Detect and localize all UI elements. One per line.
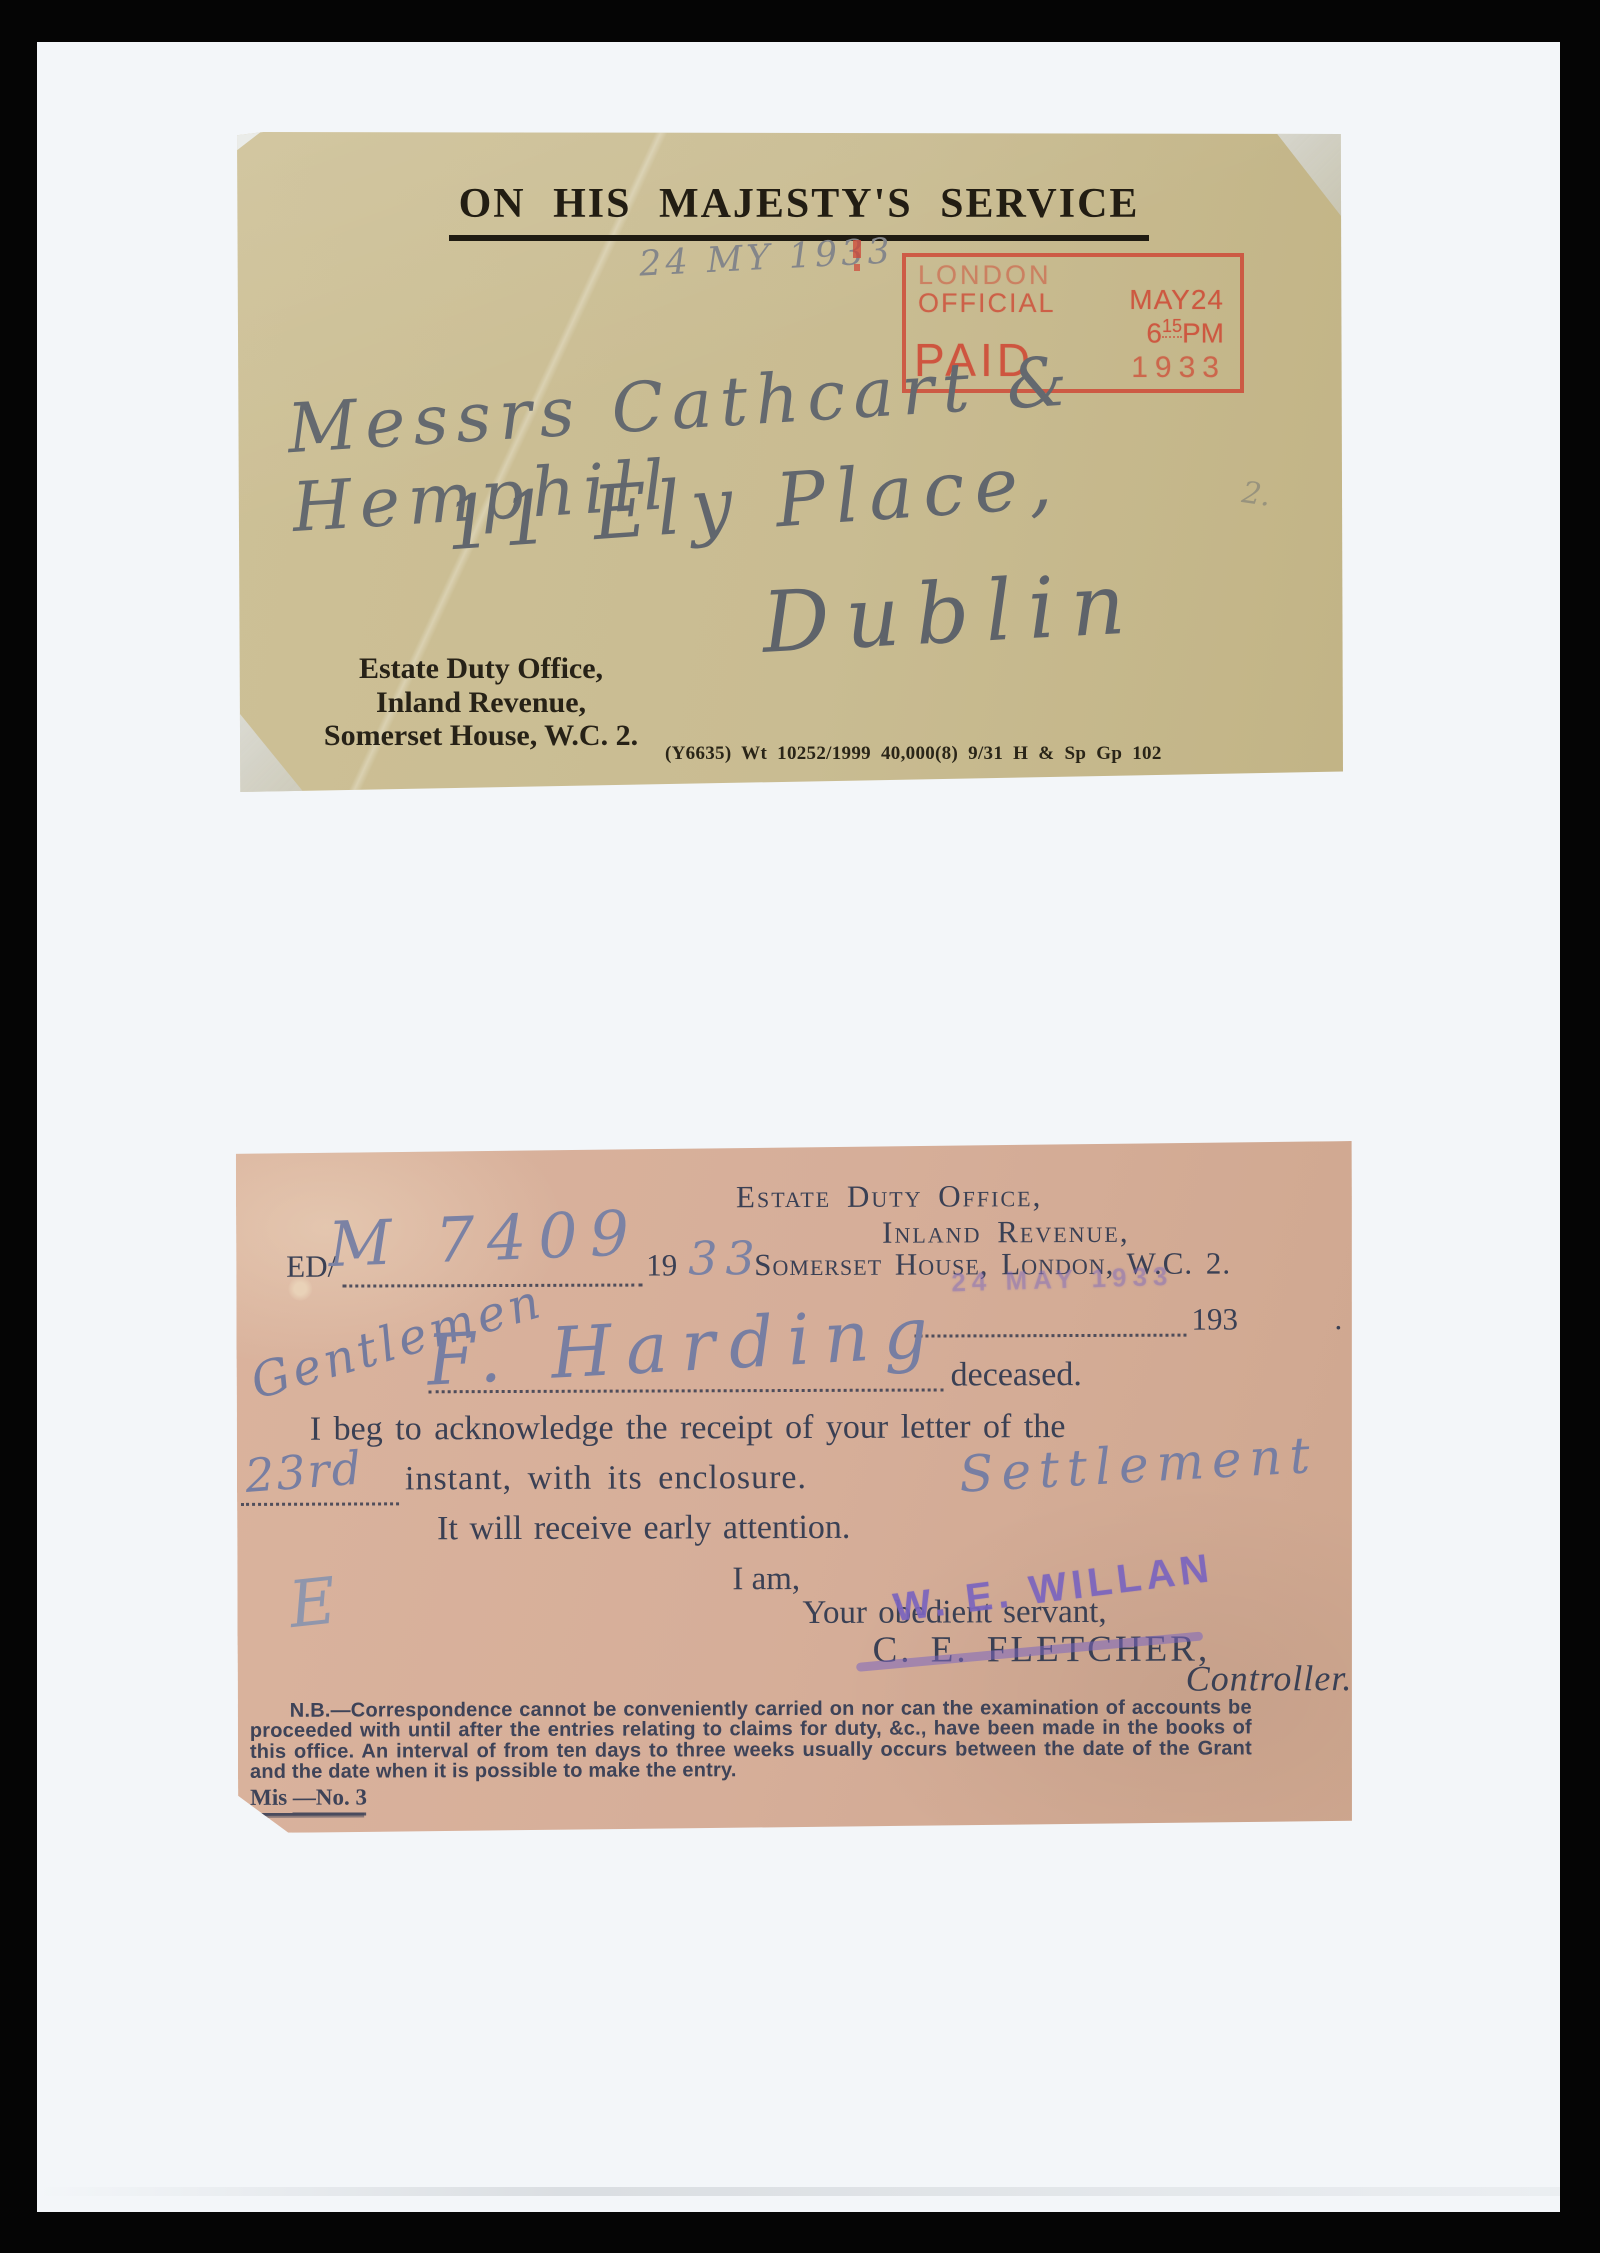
date-line-period: . (1334, 1301, 1342, 1337)
faint-date-stamp: 24 MAY 1933 (951, 1261, 1174, 1299)
signatory-title: Controller. (1186, 1657, 1353, 1700)
sender-office-line: Estate Duty Office, (285, 652, 677, 686)
card-year-prefix: 19 (646, 1247, 677, 1283)
clerk-initial-handwritten: E (286, 1564, 340, 1643)
acknowledge-line: I beg to acknowledge the receipt of your… (310, 1408, 1066, 1449)
scan-frame: ON HIS MAJESTY'S SERVICE 24 MY 1933 LOND… (0, 0, 1600, 2253)
envelope-header: ON HIS MAJESTY'S SERVICE (449, 180, 1149, 241)
receipt-card: Estate Duty Office, Inland Revenue, ED/ … (236, 1141, 1354, 1833)
sender-block: Estate Duty Office, Inland Revenue, Some… (285, 652, 677, 753)
printer-imprint-code: (Y6635) Wt 10252/1999 40,000(8) 9/31 H &… (665, 743, 1162, 765)
deceased-label: deceased. (951, 1356, 1082, 1394)
meter-town-label: LONDON (918, 260, 1052, 291)
day-dotted-line (241, 1502, 399, 1506)
meter-official-label: OFFICIAL (918, 288, 1056, 319)
address-line-city: Dublin (760, 554, 1144, 672)
envelope: ON HIS MAJESTY'S SERVICE 24 MY 1933 LOND… (237, 132, 1343, 792)
closing-i-am: I am, (732, 1561, 800, 1598)
page-bottom-shadow (37, 2187, 1560, 2196)
sender-address-line: Somerset House, W.C. 2. (285, 719, 677, 753)
meter-date: MAY24 (1129, 284, 1224, 316)
year-handwritten: 33 (688, 1231, 763, 1285)
ref-number-handwritten: M 7409 (327, 1196, 643, 1281)
album-page: ON HIS MAJESTY'S SERVICE 24 MY 1933 LOND… (37, 42, 1560, 2212)
meter-test-mark (853, 240, 861, 258)
date-dotted-line (914, 1334, 1186, 1338)
instant-line: instant, with its enclosure. (405, 1459, 807, 1498)
envelope-folded-corner (236, 131, 262, 151)
photo-mount-corner-top-right (1257, 108, 1355, 234)
stray-pencil-mark: 2. (1240, 475, 1273, 514)
nb-fine-print: N.B.—Correspondence cannot be convenient… (250, 1697, 1252, 1782)
sender-department-line: Inland Revenue, (285, 686, 677, 720)
day-handwritten: 23rd (243, 1440, 365, 1502)
name-dotted-line (429, 1388, 944, 1393)
date-line-year: 193 (1191, 1301, 1238, 1337)
card-office-line1: Estate Duty Office, (736, 1178, 1042, 1215)
attention-line: It will receive early attention. (437, 1509, 850, 1548)
form-number: Mis —No. 3 (250, 1784, 367, 1812)
